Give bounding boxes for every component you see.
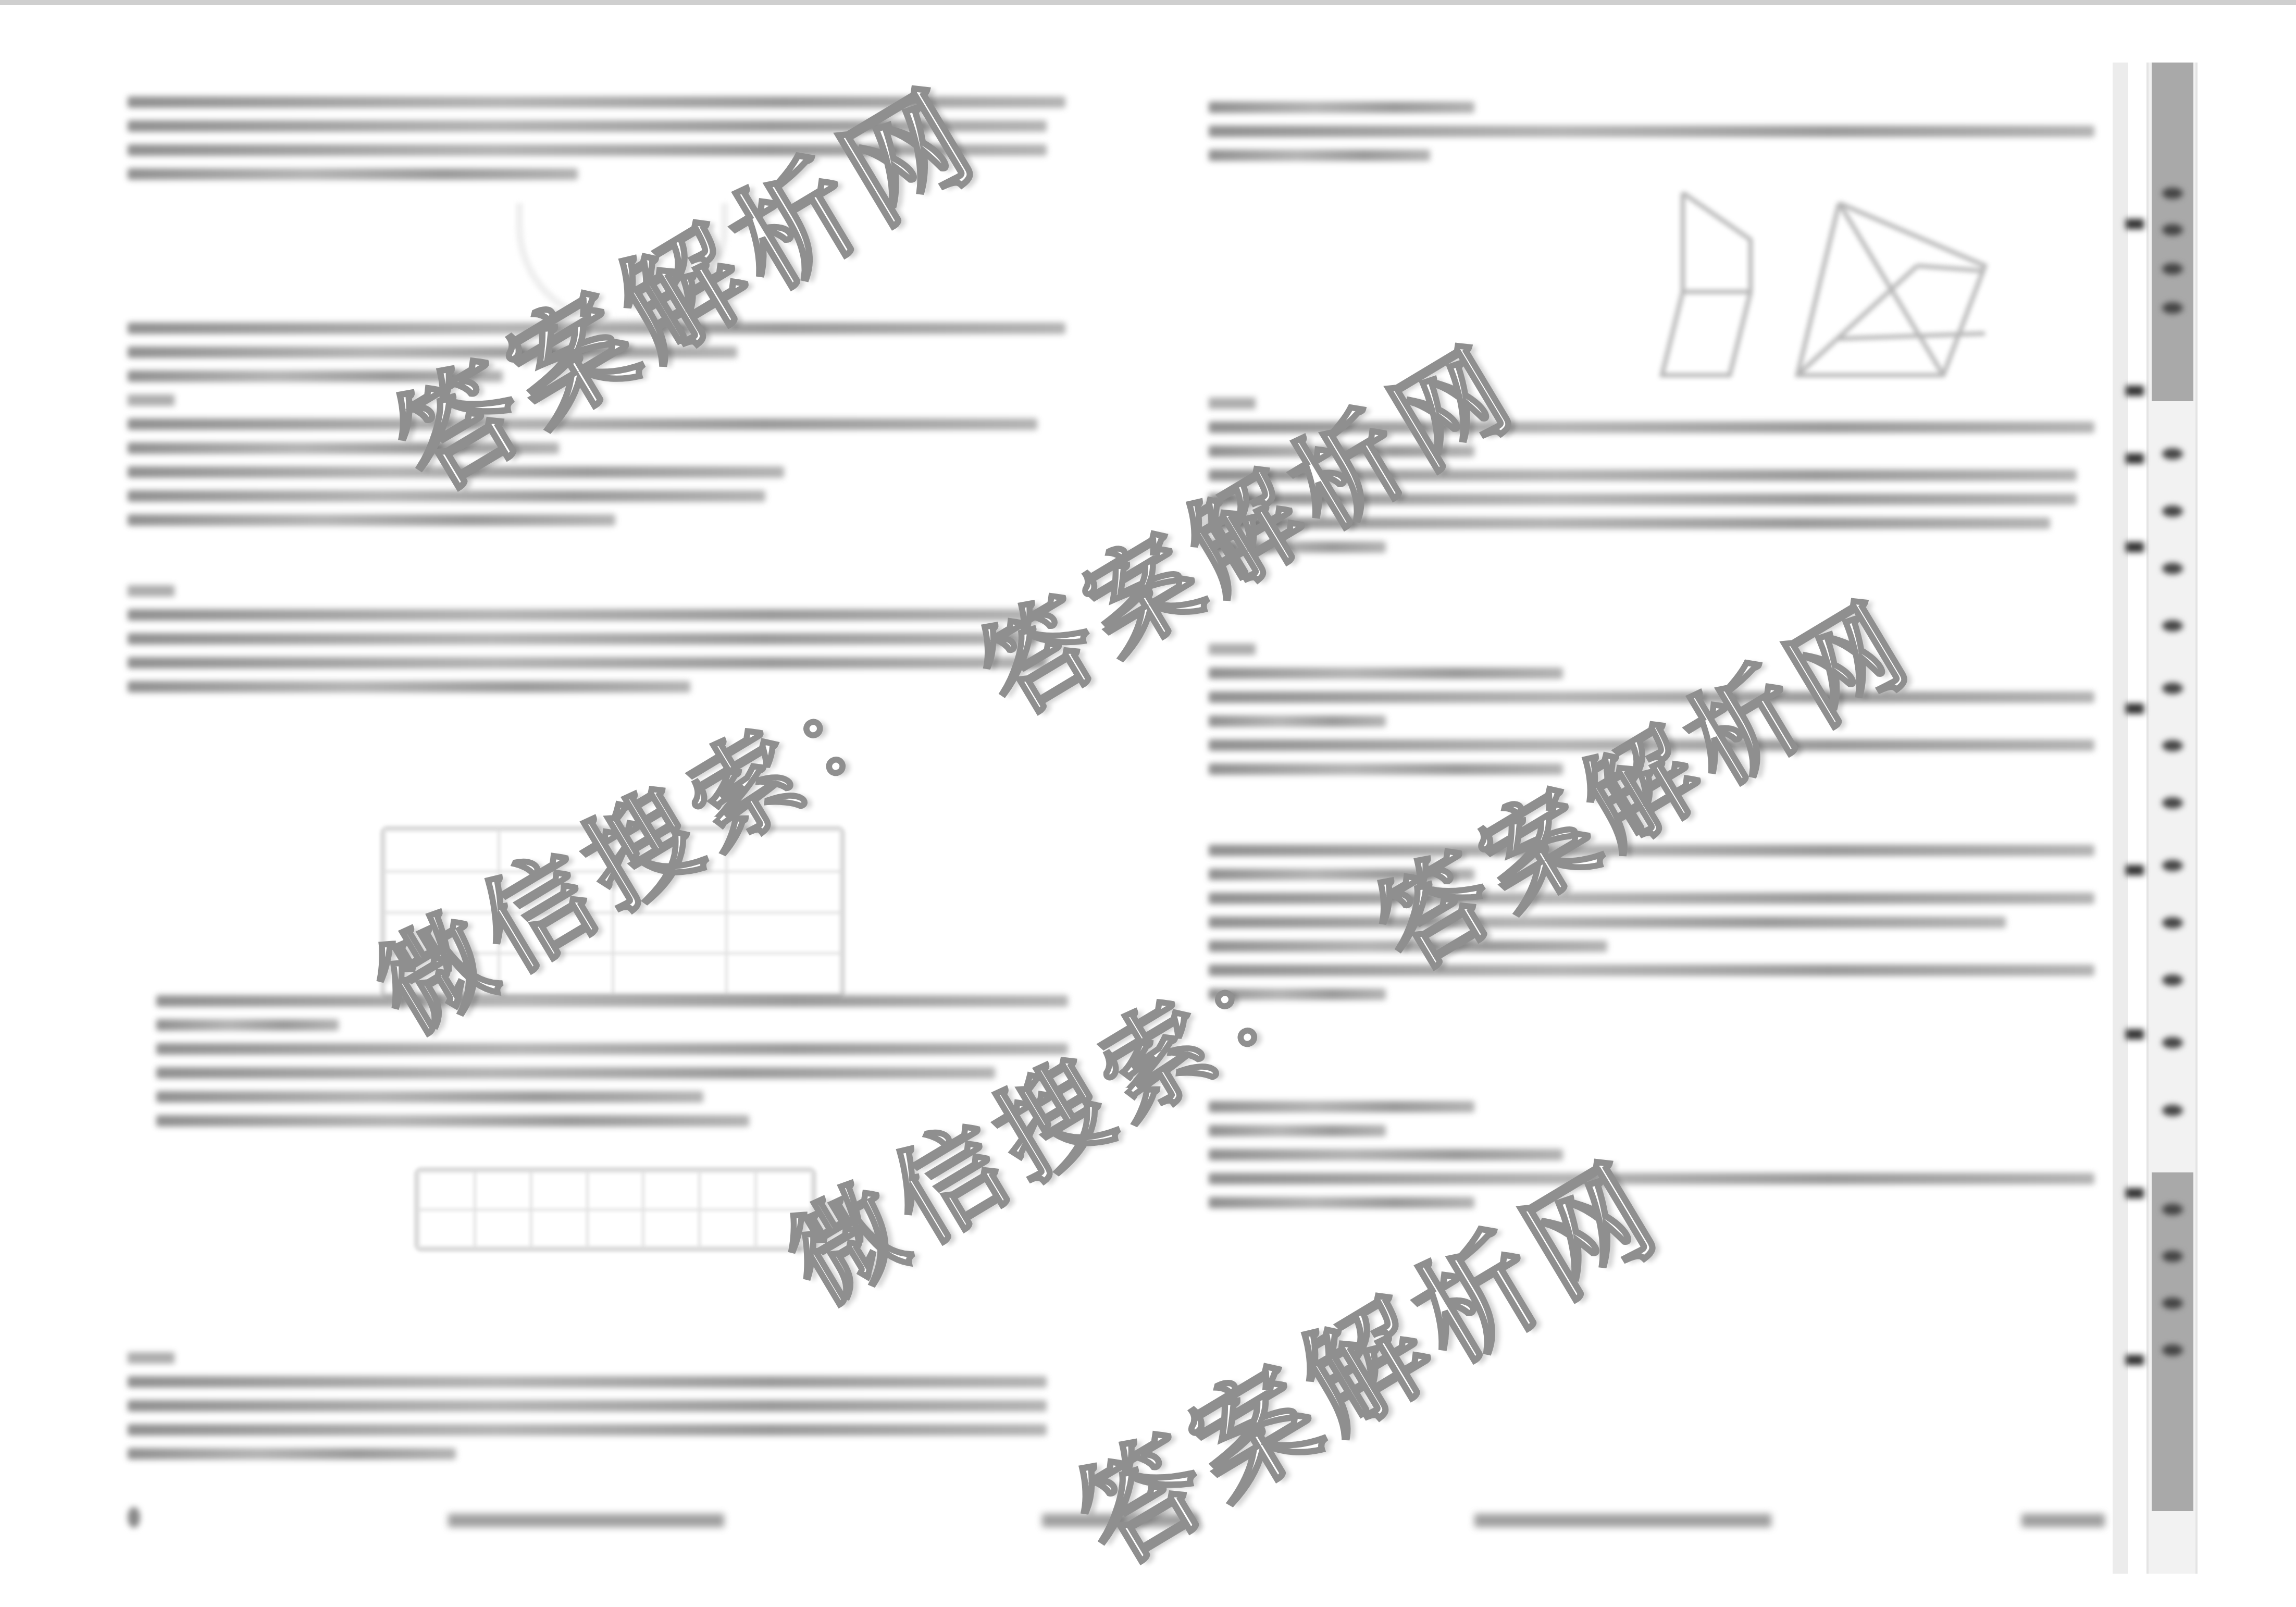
strip-mark [2162, 302, 2183, 314]
strip-label [2126, 1188, 2144, 1198]
strip-mark [2162, 1204, 2183, 1215]
strip-mark [2162, 740, 2183, 751]
strip-label [2126, 219, 2144, 229]
strip-mark [2162, 505, 2183, 517]
strip-label [2126, 386, 2144, 396]
strip-mark [2162, 1105, 2183, 1116]
strip-mark [2162, 1344, 2183, 1356]
strip-label [2126, 453, 2144, 464]
strip-mark [2162, 448, 2183, 460]
footer-code [2021, 1514, 2105, 1527]
strip-label [2126, 1355, 2144, 1365]
strip-mark [2162, 797, 2183, 809]
strip-mark [2162, 974, 2183, 986]
binding-margin-line [2113, 63, 2128, 1574]
footer-right-title [1474, 1514, 1771, 1527]
strip-mark [2162, 620, 2183, 632]
strip-label [2126, 703, 2144, 714]
strip-mark [2162, 860, 2183, 871]
strip-label [2126, 542, 2144, 552]
page-marker-icon [128, 1507, 140, 1528]
geometry-figure-2 [1787, 188, 2079, 406]
strip-mark [2162, 1251, 2183, 1262]
strip-mark [2162, 1037, 2183, 1048]
binding-strip-bottom-block [2152, 1172, 2193, 1511]
strip-label [2126, 865, 2144, 875]
reference-value-table [414, 1167, 816, 1252]
strip-mark [2162, 683, 2183, 694]
question-block [128, 585, 1065, 693]
top-border [0, 0, 2296, 5]
strip-mark [2162, 917, 2183, 929]
strip-mark [2162, 563, 2183, 574]
strip-label [2126, 1029, 2144, 1040]
strip-mark [2162, 224, 2183, 236]
strip-mark [2162, 1297, 2183, 1309]
strip-mark [2162, 263, 2183, 275]
strip-mark [2162, 188, 2183, 199]
left-page-column-bottom [128, 1352, 1065, 1472]
footer-left-title [448, 1514, 724, 1527]
